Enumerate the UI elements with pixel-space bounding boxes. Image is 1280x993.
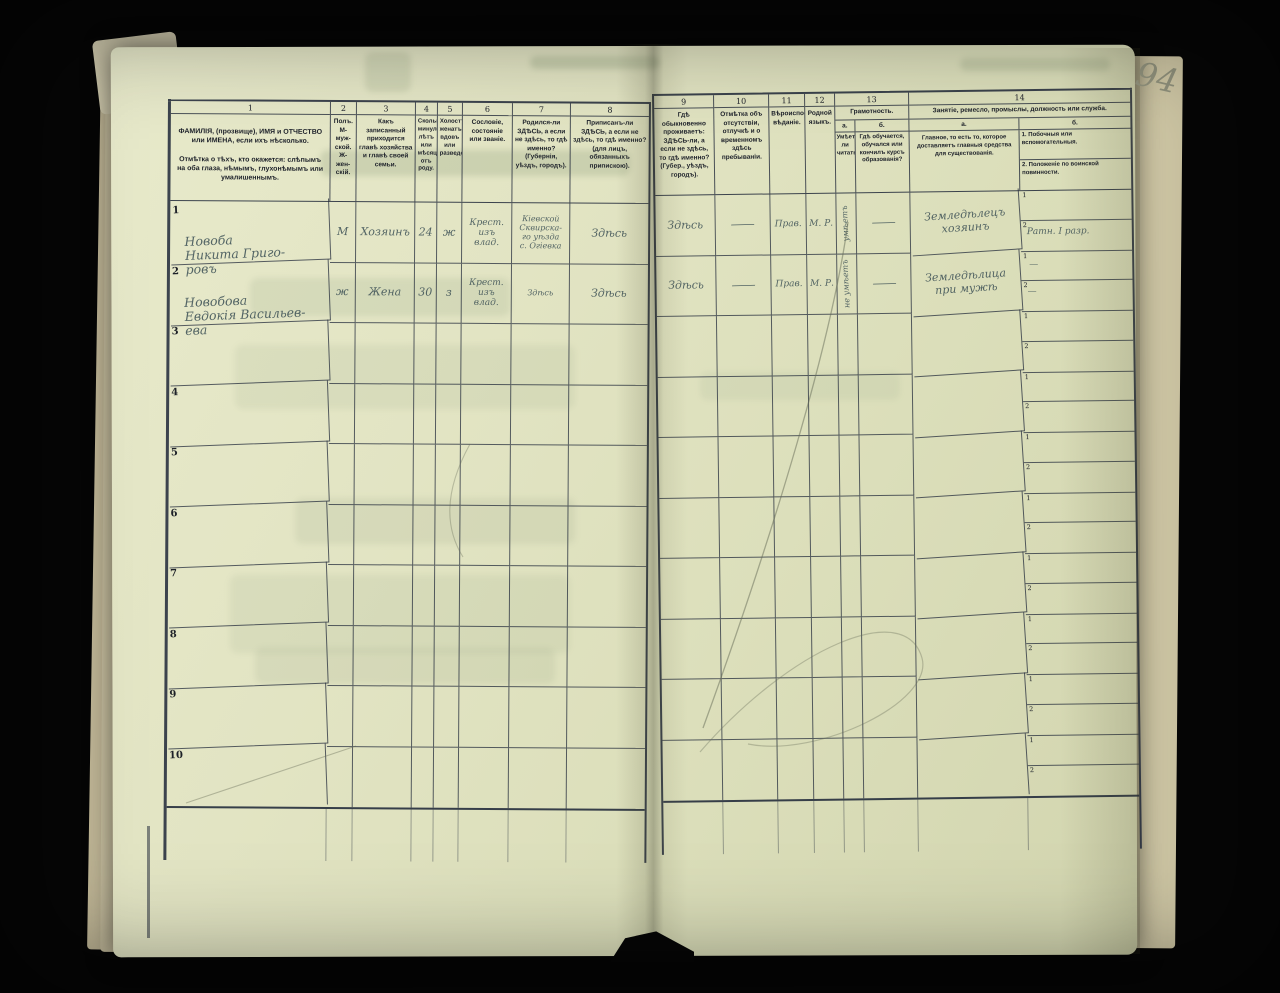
cell-age — [413, 505, 435, 566]
cell-absence — [718, 436, 774, 497]
col-12: 12 Родной языкъ. — [805, 94, 836, 193]
under-page-rule — [147, 826, 150, 938]
col-14b-header-1: 1. Побочныя или вспомогательныя. — [1020, 129, 1131, 160]
cell-sex — [329, 383, 355, 444]
col-14-group: 14 Занятіе, ремесло, промыслы, должность… — [909, 90, 1131, 192]
cell-occupation-side: 1 2 Ратн. I разр. — [1020, 190, 1132, 252]
column-number: 6 — [463, 103, 512, 116]
subrow-number: 2 — [1030, 766, 1034, 774]
subrow-number: 2 — [1024, 342, 1028, 350]
cell-language: М. Р. — [806, 194, 837, 255]
cell-birthplace: Кіевской Сквирска- го уѣзда с. Огіевка — [512, 203, 570, 264]
cell-age — [414, 384, 436, 445]
col-1: 1 ФАМИЛІЯ, (прозвище), ИМЯ и ОТЧЕСТВО ил… — [170, 101, 331, 201]
col-5-header: Холостъ, женатъ, вдовъ или разведенъ. — [437, 116, 462, 202]
subrow-number: 2 — [1027, 523, 1031, 531]
cell-estate — [460, 566, 510, 627]
cell-sex — [329, 444, 355, 505]
subrow-number: 2 — [1026, 463, 1030, 471]
cell-language — [808, 315, 839, 376]
col-11-header: Вѣроиспо- вѣданіе. — [769, 107, 805, 193]
cell-education — [863, 737, 918, 798]
col-2: 2 Полъ. М-муж-ской. Ж-жен-скій. — [330, 102, 357, 201]
cell-occupation-main — [914, 612, 1028, 680]
cell-residence — [662, 740, 723, 801]
cell-literacy-reads — [843, 738, 864, 799]
cell-education — [861, 556, 916, 617]
cell-residence — [658, 377, 719, 438]
cell-birthplace — [511, 324, 569, 385]
cell-residence — [662, 679, 723, 740]
cell-name: 9 — [166, 683, 328, 749]
cell-estate — [459, 626, 509, 687]
cell-language — [813, 738, 844, 799]
cell-relation: Жена — [356, 263, 415, 324]
subcell-military: 2 — [1027, 703, 1138, 734]
cell-marital — [435, 505, 460, 566]
subrow-number: 1 — [1025, 373, 1029, 381]
col-12-header: Родной языкъ. — [805, 107, 835, 193]
cell-relation — [354, 565, 413, 626]
column-line-extensions — [166, 808, 644, 863]
name-value — [182, 657, 183, 672]
cell-occupation-side: 1 — 2 — — [1021, 250, 1133, 312]
cell-estate — [461, 324, 511, 385]
cell-marital: з — [437, 263, 462, 324]
subrow-number: 1 — [1026, 494, 1030, 502]
subrow-number: 1 — [1022, 191, 1026, 199]
cell-marital — [434, 626, 459, 687]
table-header-right: 9 Гдѣ обыкновенно проживаетъ: ЗДѢСЬ-ли, … — [654, 90, 1131, 196]
cell-sex: ж — [330, 262, 356, 323]
cell-marital — [436, 445, 461, 506]
cell-name: 1 Новоба Никита Григо- ровъ — [169, 199, 331, 265]
col-5: 5 Холостъ, женатъ, вдовъ или разведенъ. — [437, 103, 463, 202]
subcell-military: 2 Ратн. I разр. — [1021, 219, 1132, 250]
col-3-header: Какъ записанный приходится главѣ хозяйст… — [356, 115, 415, 201]
cell-education — [858, 314, 913, 375]
cell-sex — [328, 504, 354, 565]
cell-birthplace — [509, 627, 567, 688]
subrow-number: 2 — [1027, 584, 1031, 592]
cell-literacy-reads — [839, 435, 860, 496]
cell-name: 8 — [167, 622, 329, 688]
cell-sex — [327, 686, 353, 747]
col-13b-header: Гдѣ обучается, обучался или кончилъ курс… — [855, 132, 909, 193]
cell-age — [412, 626, 434, 687]
cell-language — [812, 617, 843, 678]
name-value — [181, 718, 182, 733]
cell-occupation-side: 1 2 — [1024, 492, 1136, 554]
cell-literacy-reads: умѣетъ — [836, 193, 857, 254]
cell-language — [809, 436, 840, 497]
col-11: 11 Вѣроиспо- вѣданіе. — [769, 94, 806, 193]
cell-marital — [436, 324, 461, 385]
cell-sex — [329, 323, 355, 384]
subcell-side-occupation: 1 — [1027, 734, 1138, 766]
col-4: 4 Сколько минуло лѣтъ или мѣсяцевъ отъ р… — [415, 103, 438, 202]
cell-language — [809, 375, 840, 436]
cell-language — [810, 496, 841, 557]
cell-occupation-side: 1 2 — [1027, 674, 1139, 736]
cell-relation — [354, 505, 413, 566]
name-value — [183, 415, 184, 430]
col-14a-label: а. — [909, 118, 1019, 130]
cell-marital — [434, 687, 459, 748]
row-number: 1 — [172, 205, 179, 216]
col-6: 6 Сословіе, состояніе или званіе. — [462, 103, 513, 202]
subrow-number: 2 — [1028, 644, 1032, 652]
cell-absence — [719, 497, 775, 558]
cell-birthplace: Здѣсь — [512, 264, 570, 325]
column-number: 13 — [835, 93, 908, 107]
cell-birthplace — [510, 506, 568, 567]
row-number: 7 — [170, 568, 177, 579]
cell-sex: М — [330, 202, 356, 263]
cell-residence — [659, 498, 720, 559]
subcell-military: 2 — [1026, 643, 1137, 674]
cell-registered — [567, 687, 645, 748]
cell-birthplace — [509, 687, 567, 748]
name-value — [183, 476, 184, 491]
census-table-left-page: 1 ФАМИЛІЯ, (прозвище), ИМЯ и ОТЧЕСТВО ил… — [163, 99, 651, 863]
cell-occupation-main — [912, 430, 1026, 498]
cell-registered — [569, 385, 647, 446]
cell-relation — [353, 747, 412, 808]
cell-name: 4 — [168, 380, 330, 446]
cell-age — [412, 747, 434, 808]
subcell-military: 2 — [1025, 522, 1136, 553]
cell-estate: Крест. изъ влад. — [462, 263, 512, 324]
cell-age — [412, 687, 434, 748]
subrow-number: 1 — [1023, 252, 1027, 260]
column-number: 1 — [171, 101, 330, 115]
col-14b-label: б. — [1019, 117, 1130, 129]
col-3: 3 Какъ записанный приходится главѣ хозяй… — [356, 102, 416, 201]
cell-occupation-main — [911, 370, 1025, 438]
cell-name: 7 — [167, 562, 329, 628]
col-13a-label: а. — [835, 120, 855, 131]
cell-absence — [722, 678, 778, 739]
cell-marital — [436, 384, 461, 445]
row-number: 5 — [171, 447, 178, 458]
table-body-left: 1 Новоба Никита Григо- ровъ М Хозяинъ 24… — [167, 201, 649, 811]
cell-literacy-reads — [839, 375, 860, 436]
cell-birthplace — [511, 385, 569, 446]
cell-occupation-main: Земледѣлица при мужѣ — [910, 249, 1024, 317]
cell-absence — [718, 376, 774, 437]
column-number: 9 — [654, 95, 713, 109]
cell-birthplace — [511, 445, 569, 506]
cell-registered — [569, 324, 647, 385]
subrow-number: 1 — [1025, 433, 1029, 441]
row-number: 3 — [171, 326, 178, 337]
subrow-number: 2 — [1025, 402, 1029, 410]
column-number: 11 — [769, 94, 804, 107]
row-number: 2 — [172, 266, 179, 277]
cell-religion — [777, 678, 814, 739]
cell-occupation-main — [913, 491, 1027, 559]
cell-literacy-reads — [843, 677, 864, 738]
subrow-number: 1 — [1024, 312, 1028, 320]
col-13-group: 13 Грамотность. а. б. Умѣетъ-ли читать? … — [835, 93, 910, 193]
cell-religion — [776, 617, 813, 678]
cell-education — [860, 495, 915, 556]
col-13-title: Грамотность. — [835, 106, 908, 121]
cell-name: 3 — [168, 320, 330, 386]
cell-relation — [353, 686, 412, 747]
cell-age — [414, 445, 436, 506]
cell-occupation-main: Земледѣлецъ хозяинъ — [909, 188, 1023, 256]
cell-name: 2 Новобова Евдокія Васильев- ева — [169, 259, 331, 325]
subcell-side-occupation: 1 — [1026, 613, 1137, 644]
cell-religion — [772, 315, 809, 376]
column-number: 5 — [438, 103, 462, 116]
cell-religion: Прав. — [771, 254, 808, 315]
cell-estate: Крест. изъ влад. — [462, 203, 512, 264]
census-ledger-photo: 1 ФАМИЛІЯ, (прозвище), ИМЯ и ОТЧЕСТВО ил… — [0, 0, 1280, 993]
cell-absence — [722, 739, 778, 800]
column-number: 4 — [416, 103, 437, 116]
subrow-number: 1 — [1028, 615, 1032, 623]
cell-occupation-side: 1 2 — [1027, 734, 1139, 796]
row-number: 10 — [169, 749, 183, 761]
cell-occupation-main — [910, 309, 1024, 377]
cell-education: — — [857, 253, 912, 314]
cell-education — [863, 677, 918, 738]
column-line-extensions — [663, 797, 1140, 855]
subcell-side-occupation: 1 — [1024, 492, 1135, 523]
cell-religion — [777, 738, 814, 799]
col-7: 7 Родился-ли ЗДѢСЬ, а если не здѣсь, то … — [512, 103, 571, 202]
cell-registered — [568, 566, 646, 627]
col-6-header: Сословіе, состояніе или званіе. — [462, 116, 512, 202]
column-number: 7 — [513, 103, 570, 116]
cell-age — [413, 566, 435, 627]
table-header-left: 1 ФАМИЛІЯ, (прозвище), ИМЯ и ОТЧЕСТВО ил… — [170, 101, 649, 204]
col-9: 9 Гдѣ обыкновенно проживаетъ: ЗДѢСЬ-ли, … — [654, 95, 715, 195]
col-14b-header-2: 2. Положеніе по воинской повинности. — [1020, 159, 1131, 180]
cell-registered — [567, 627, 645, 688]
cell-occupation-side: 1 2 — [1023, 432, 1135, 494]
cell-estate — [461, 384, 511, 445]
subrow-number: 1 — [1029, 736, 1033, 744]
subcell-side-occupation: 1 — [1023, 432, 1134, 463]
cell-occupation-main — [914, 551, 1028, 619]
cell-literacy-reads — [840, 496, 861, 557]
cell-literacy-reads — [842, 617, 863, 678]
cell-absence: — — [715, 194, 771, 255]
cell-age: 30 — [415, 263, 437, 324]
cell-occupation-side: 1 2 — [1026, 613, 1138, 675]
cell-estate — [459, 687, 509, 748]
subrow-number: 2 — [1023, 281, 1027, 289]
cell-education — [859, 435, 914, 496]
column-number: 10 — [714, 94, 768, 108]
cell-occupation-side: 1 2 — [1023, 371, 1135, 433]
col-13a-header: Умѣетъ-ли читать? — [836, 132, 857, 192]
subcell-military: 2 — [1025, 582, 1136, 613]
cell-religion — [773, 436, 810, 497]
subrow-number: 2 — [1023, 221, 1027, 229]
row-number: 8 — [170, 629, 177, 640]
cell-registered: Здѣсь — [570, 264, 648, 325]
cell-language — [811, 557, 842, 618]
cell-language: М. Р. — [807, 254, 838, 315]
cell-relation — [355, 384, 414, 445]
col-8-header: Приписанъ-ли ЗДѢСЬ, а если не здѣсь, то … — [570, 116, 649, 202]
cell-religion — [773, 375, 810, 436]
cell-literacy-reads — [841, 556, 862, 617]
cell-estate — [459, 747, 509, 808]
cell-name: 10 — [166, 743, 328, 809]
subcell-side-occupation: 1 — — [1021, 250, 1132, 281]
cell-registered: Здѣсь — [570, 203, 648, 264]
cell-residence: Здѣсь — [656, 256, 717, 317]
subcell-side-occupation: 1 — [1020, 190, 1131, 221]
cell-estate — [461, 445, 511, 506]
cell-relation — [355, 323, 414, 384]
cell-relation: Хозяинъ — [356, 202, 415, 263]
name-value — [183, 355, 184, 370]
subcell-side-occupation: 1 — [1023, 371, 1134, 402]
cell-residence: Здѣсь — [655, 195, 716, 256]
name-value — [182, 536, 183, 551]
col-9-header: Гдѣ обыкновенно проживаетъ: ЗДѢСЬ-ли, а … — [654, 108, 714, 195]
cell-language — [813, 678, 844, 739]
cell-occupation-main — [915, 672, 1029, 740]
subcell-military: 2 — [1022, 340, 1133, 371]
cell-registered — [568, 506, 646, 567]
cell-name: 6 — [167, 501, 329, 567]
subrow-number: 1 — [1027, 554, 1031, 562]
col-4-header: Сколько минуло лѣтъ или мѣсяцевъ отъ род… — [415, 116, 437, 202]
col-14a-header: Главное, то есть то, которое доставляетъ… — [910, 130, 1021, 191]
cell-absence: — — [716, 255, 772, 316]
row-number: 4 — [171, 387, 178, 398]
row-number: 9 — [169, 689, 176, 700]
cell-residence — [661, 619, 722, 680]
cell-absence — [720, 557, 776, 618]
cell-occupation-main — [916, 733, 1030, 801]
subcell-military: 2 — — [1021, 280, 1132, 311]
subcell-military: 2 — [1023, 401, 1134, 432]
subcell-military: 2 — [1028, 764, 1139, 796]
table-body-right: Здѣсь — Прав. М. Р. умѣетъ — Земледѣлецъ… — [655, 190, 1139, 803]
subcell-side-occupation: 1 — [1025, 553, 1136, 584]
cell-occupation-side: 1 2 — [1025, 553, 1137, 615]
subrow-number: 2 — [1029, 705, 1033, 713]
row-number: 6 — [170, 508, 177, 519]
cell-religion — [774, 496, 811, 557]
col-1-header: ФАМИЛІЯ, (прозвище), ИМЯ и ОТЧЕСТВО или … — [170, 114, 330, 201]
cell-sex — [328, 565, 354, 626]
cell-marital — [434, 747, 459, 808]
cell-literacy-reads — [838, 314, 859, 375]
col-10: 10 Отмѣтка объ отсутствіи, отлучкѣ и о в… — [714, 94, 770, 194]
cell-residence — [660, 558, 721, 619]
cell-birthplace — [510, 566, 568, 627]
cell-registered — [569, 445, 647, 506]
cell-age — [414, 324, 436, 385]
column-number: 3 — [357, 102, 415, 115]
cell-relation — [355, 444, 414, 505]
cell-religion: Прав. — [770, 194, 807, 255]
cell-absence — [717, 315, 773, 376]
subcell-military: 2 — [1024, 461, 1135, 492]
col-8: 8 Приписанъ-ли ЗДѢСЬ, а если не здѣсь, т… — [570, 103, 649, 202]
census-table-right-page: 9 Гдѣ обыкновенно проживаетъ: ЗДѢСЬ-ли, … — [652, 88, 1142, 855]
subcell-side-occupation: 1 — [1022, 311, 1133, 342]
col-2-header: Полъ. М-муж-ской. Ж-жен-скій. — [330, 115, 356, 201]
cell-literacy-reads: не умѣетъ — [837, 254, 858, 315]
cell-absence — [721, 618, 777, 679]
cell-education — [859, 374, 914, 435]
col-10-header: Отмѣтка объ отсутствіи, отлучкѣ и о врем… — [714, 107, 769, 194]
col-13b-label: б. — [855, 120, 908, 132]
name-value — [182, 597, 183, 612]
cell-age: 24 — [415, 203, 437, 264]
col-7-header: Родился-ли ЗДѢСЬ, а если не здѣсь, то гд… — [512, 116, 570, 202]
cell-marital — [435, 566, 460, 627]
cell-residence — [659, 437, 720, 498]
cell-sex — [327, 625, 353, 686]
column-number: 12 — [805, 94, 834, 107]
cell-name: 5 — [168, 441, 330, 507]
cell-relation — [353, 626, 412, 687]
cell-sex — [327, 746, 353, 807]
cell-marital: ж — [437, 203, 462, 264]
cell-education — [862, 616, 917, 677]
subrow-number: 1 — [1029, 675, 1033, 683]
cell-birthplace — [509, 748, 567, 809]
column-number: 2 — [331, 102, 356, 115]
cell-religion — [775, 557, 812, 618]
name-value — [181, 778, 182, 793]
subcell-side-occupation: 1 — [1027, 674, 1138, 705]
cell-estate — [460, 505, 510, 566]
cell-residence — [657, 316, 718, 377]
cell-education: — — [856, 193, 911, 254]
cell-registered — [567, 748, 645, 809]
cell-occupation-side: 1 2 — [1022, 311, 1134, 373]
column-number: 8 — [571, 103, 649, 116]
